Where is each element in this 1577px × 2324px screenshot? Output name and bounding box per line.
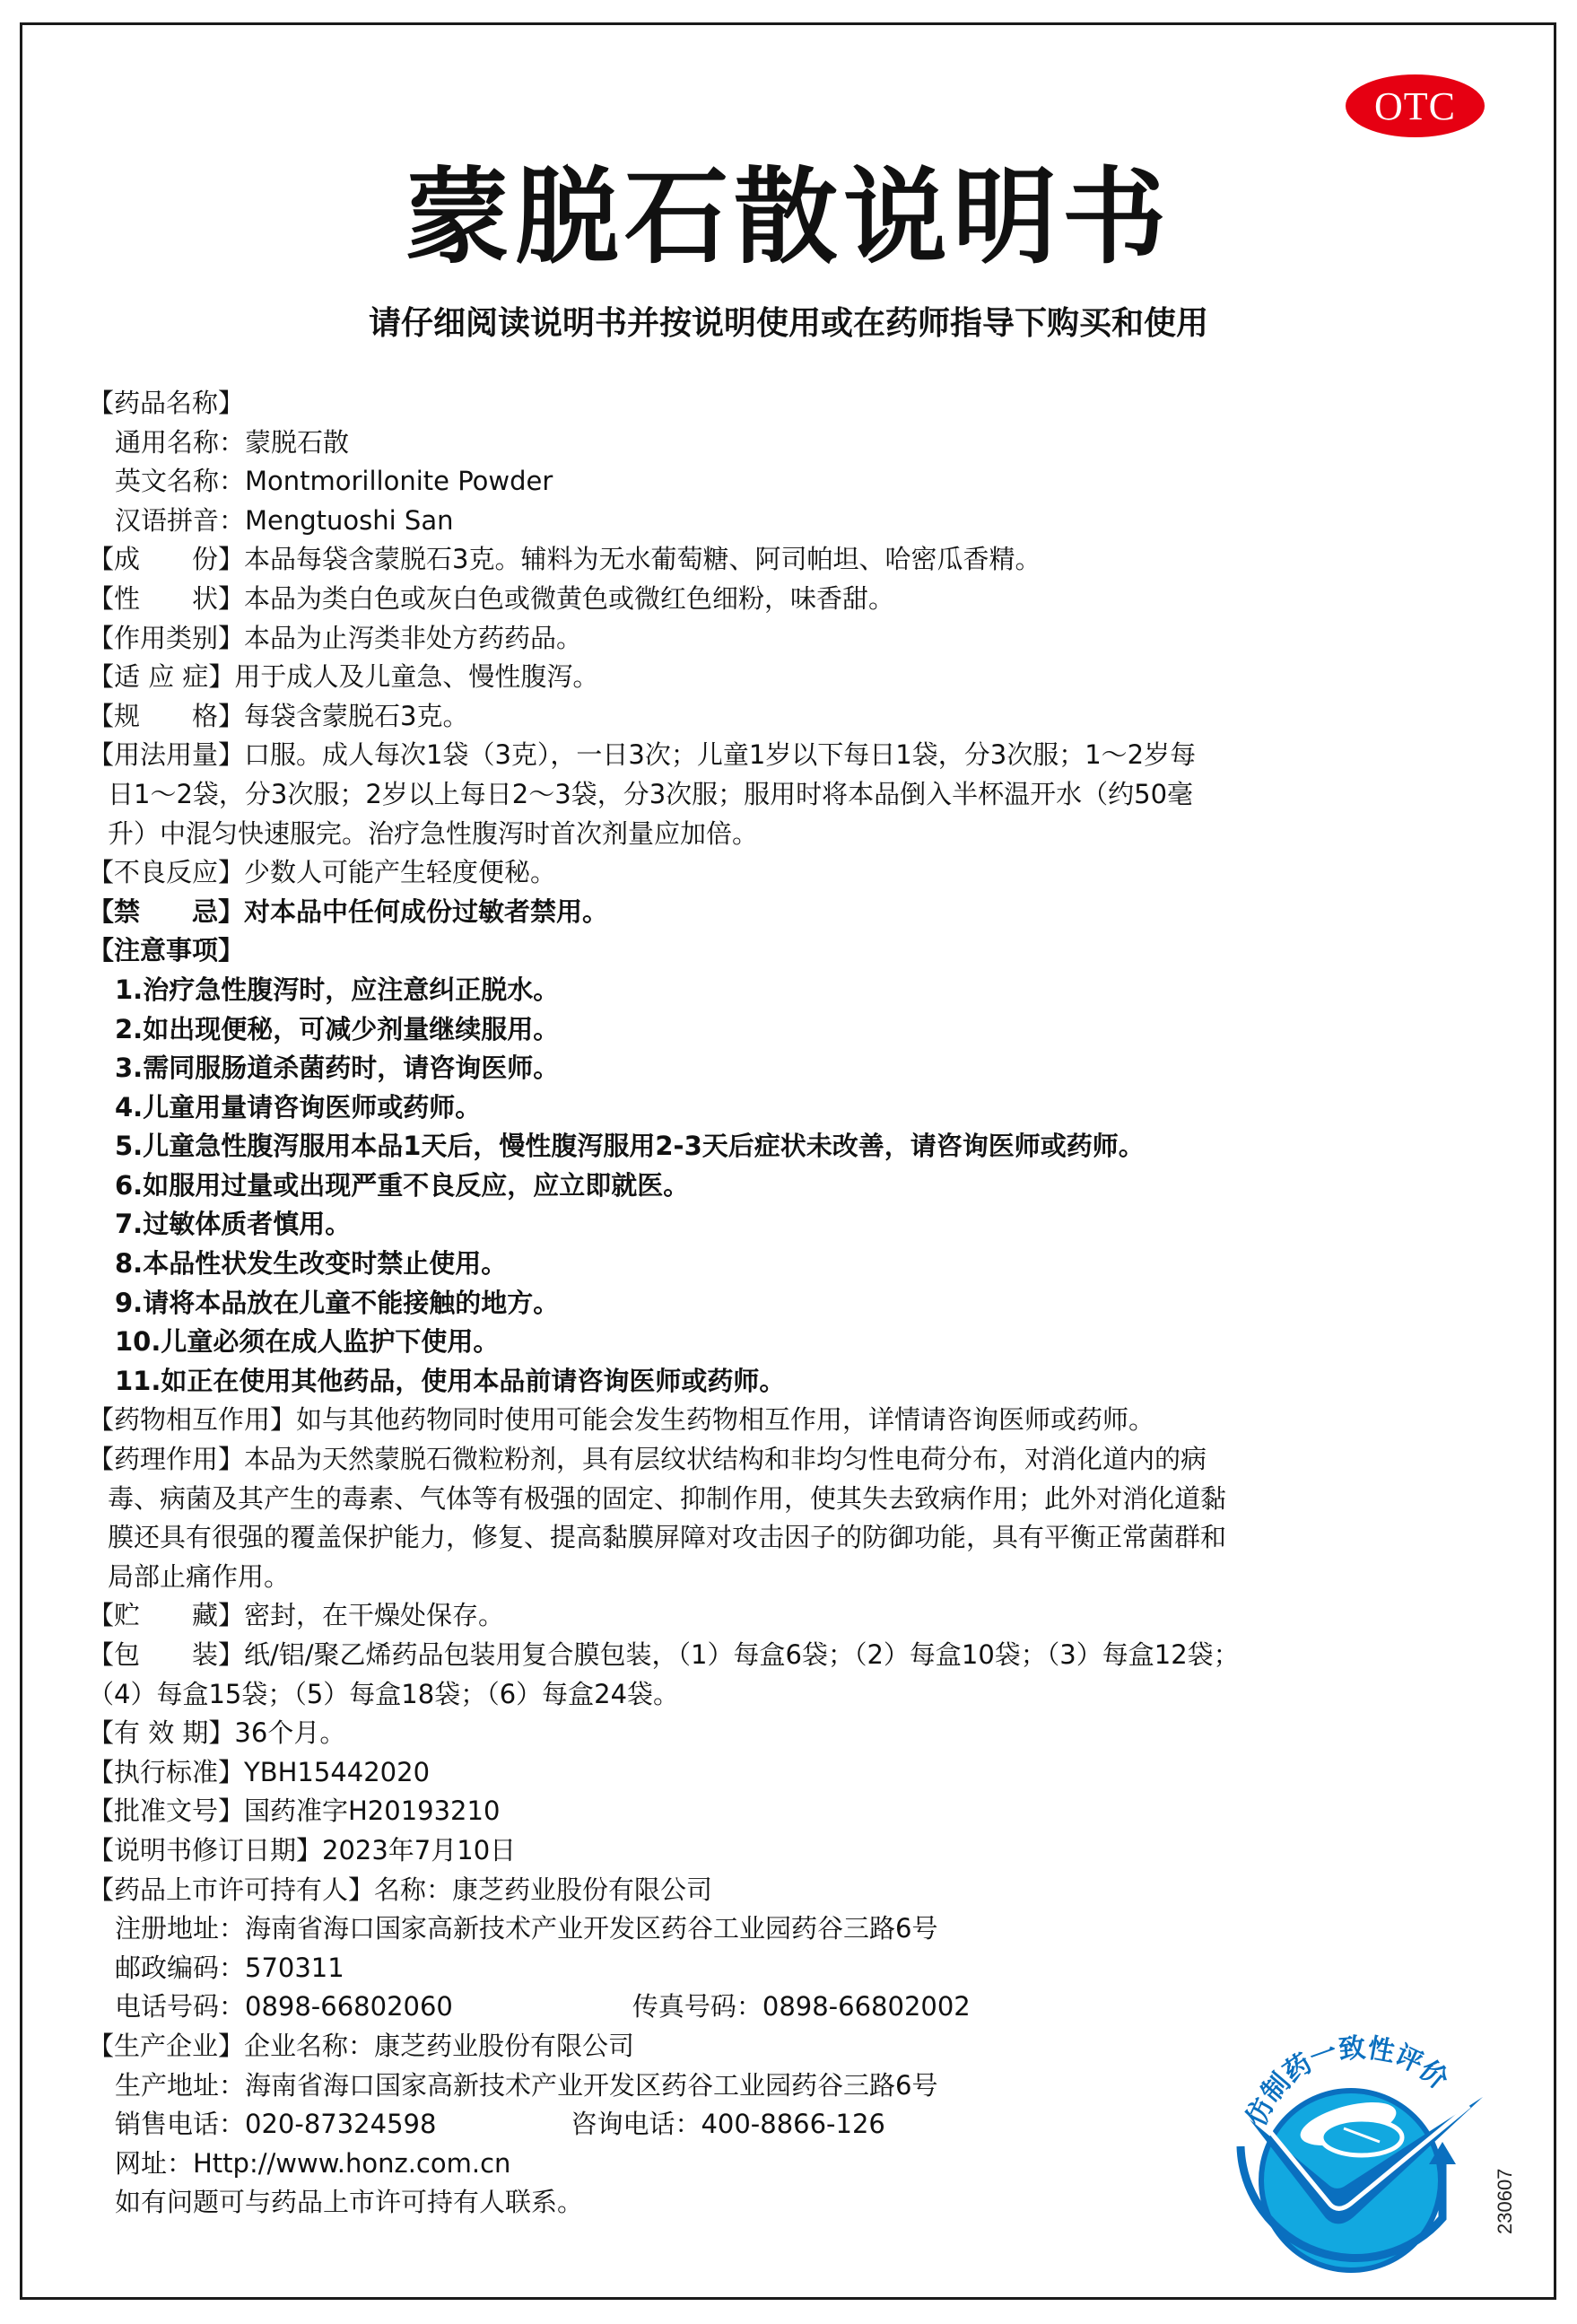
mah-phone: 电话号码：0898-66802060: [115, 1988, 453, 2027]
section-composition: 【成 份】本品每袋含蒙脱石3克。辅料为无水葡萄糖、阿司帕坦、哈密瓜香精。: [88, 540, 1433, 580]
precaution-item: 1.治疗急性腹泻时，应注意纠正脱水。: [88, 971, 1433, 1010]
precaution-item: 10.儿童必须在成人监护下使用。: [88, 1323, 1433, 1362]
mah-postcode: 邮政编码：570311: [88, 1949, 1433, 1988]
section-packaging-line-2: （4）每盒15袋；（5）每盒18袋；（6）每盒24袋。: [88, 1675, 1433, 1715]
section-adverse: 【不良反应】少数人可能产生轻度便秘。: [88, 853, 1433, 893]
section-pharmacology-line-1: 【药理作用】本品为天然蒙脱石微粒粉剂，具有层纹状结构和非均匀性电荷分布，对消化道…: [88, 1440, 1433, 1480]
section-pharmacology-line-4: 局部止痛作用。: [88, 1558, 1433, 1597]
precaution-item: 4.儿童用量请咨询医师或药师。: [88, 1088, 1433, 1128]
section-category: 【作用类别】本品为止泻类非处方药药品。: [88, 619, 1433, 659]
page-subtitle: 请仔细阅读说明书并按说明使用或在药师指导下购买和使用: [0, 301, 1577, 346]
section-standard: 【执行标准】YBH15442020: [88, 1753, 1433, 1793]
precaution-item: 8.本品性状发生改变时禁止使用。: [88, 1245, 1433, 1284]
consult-phone: 咨询电话：400-8866-126: [571, 2105, 884, 2145]
precaution-item: 2.如出现便秘，可减少剂量继续服用。: [88, 1010, 1433, 1050]
precaution-item: 9.请将本品放在儿童不能接触的地方。: [88, 1284, 1433, 1324]
section-dosage-line-3: 升）中混匀快速服完。治疗急性腹泻时首次剂量应加倍。: [88, 815, 1433, 854]
mah-address: 注册地址：海南省海口国家高新技术产业开发区药谷工业园药谷三路6号: [88, 1909, 1433, 1949]
precaution-item: 11.如正在使用其他药品，使用本品前请咨询医师或药师。: [88, 1362, 1433, 1402]
checkmark-pill-icon: 仿制药一致性评价: [1227, 2030, 1487, 2299]
sales-phone: 销售电话：020-87324598: [115, 2105, 436, 2145]
precaution-item: 7.过敏体质者慎用。: [88, 1205, 1433, 1245]
section-storage: 【贮 藏】密封，在干燥处保存。: [88, 1596, 1433, 1636]
section-specification: 【规 格】每袋含蒙脱石3克。: [88, 697, 1433, 737]
section-interactions: 【药物相互作用】如与其他药物同时使用可能会发生药物相互作用，详情请咨询医师或药师…: [88, 1401, 1433, 1440]
section-approval: 【批准文号】国药准字H20193210: [88, 1792, 1433, 1831]
section-indications: 【适 应 症】用于成人及儿童急、慢性腹泻。: [88, 658, 1433, 697]
section-pharmacology-line-2: 毒、病菌及其产生的毒素、气体等有极强的固定、抑制作用，使其失去致病作用；此外对消…: [88, 1480, 1433, 1519]
otc-label: OTC: [1374, 83, 1456, 129]
consistency-evaluation-badge: 仿制药一致性评价: [1227, 2030, 1487, 2299]
generic-name: 通用名称：蒙脱石散: [88, 424, 1433, 463]
precaution-item: 6.如服用过量或出现严重不良反应，应立即就医。: [88, 1166, 1433, 1206]
pinyin-name: 汉语拼音：Mengtuoshi San: [88, 502, 1433, 541]
section-contraindications: 【禁 忌】对本品中任何成份过敏者禁用。: [88, 893, 1433, 932]
section-dosage-line-2: 日1～2袋，分3次服；2岁以上每日2～3袋，分3次服；服用时将本品倒入半杯温开水…: [88, 775, 1433, 815]
print-code: 230607: [1494, 2169, 1517, 2234]
mah-phones: 电话号码：0898-66802060传真号码：0898-66802002: [88, 1988, 1433, 2027]
leaflet-body: 【药品名称】 通用名称：蒙脱石散 英文名称：Montmorillonite Po…: [88, 384, 1433, 2223]
section-appearance: 【性 状】本品为类白色或灰白色或微黄色或微红色细粉，味香甜。: [88, 580, 1433, 619]
section-packaging-line-1: 【包 装】纸/铝/聚乙烯药品包装用复合膜包装，（1）每盒6袋；（2）每盒10袋；…: [88, 1636, 1433, 1675]
precaution-item: 5.儿童急性腹泻服用本品1天后，慢性腹泻服用2-3天后症状未改善，请咨询医师或药…: [88, 1127, 1433, 1166]
section-mah: 【药品上市许可持有人】名称：康芝药业股份有限公司: [88, 1871, 1433, 1910]
english-name: 英文名称：Montmorillonite Powder: [88, 462, 1433, 502]
section-pharmacology-line-3: 膜还具有很强的覆盖保护能力，修复、提高黏膜屏障对攻击因子的防御功能，具有平衡正常…: [88, 1518, 1433, 1558]
section-precautions-label: 【注意事项】: [88, 931, 1433, 971]
section-dosage-line-1: 【用法用量】口服。成人每次1袋（3克），一日3次；儿童1岁以下每日1袋，分3次服…: [88, 736, 1433, 775]
otc-badge: OTC: [1346, 74, 1485, 137]
precaution-item: 3.需同服肠道杀菌药时，请咨询医师。: [88, 1049, 1433, 1088]
section-drug-name-label: 【药品名称】: [88, 384, 1433, 424]
section-revision-date: 【说明书修订日期】2023年7月10日: [88, 1831, 1433, 1871]
page-title: 蒙脱石散说明书: [0, 151, 1577, 285]
mah-fax: 传真号码：0898-66802002: [632, 1988, 971, 2027]
section-validity: 【有 效 期】36个月。: [88, 1714, 1433, 1753]
